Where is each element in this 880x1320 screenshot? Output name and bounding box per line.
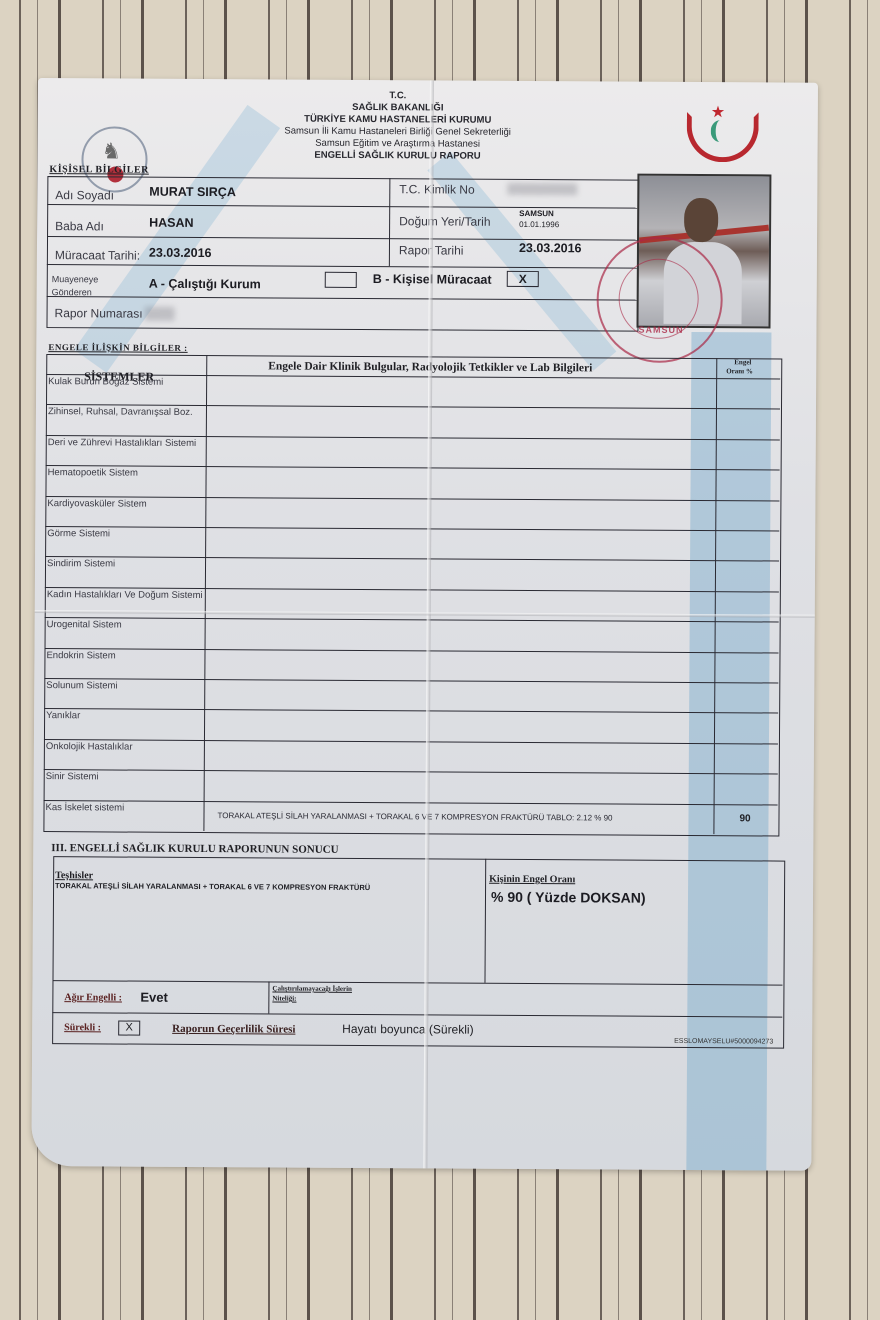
system-name: Zihinsel, Ruhsal, Davranışsal Boz.: [48, 406, 208, 419]
birth-date-value: 01.01.1996: [519, 220, 559, 229]
validity-period-value: Hayatı boyunca (Sürekli): [342, 1022, 473, 1037]
report-date-value: 23.03.2016: [519, 241, 582, 255]
person-figure-icon: [711, 120, 730, 142]
severe-disability-value: Evet: [140, 990, 168, 1005]
header-line: Samsun İli Kamu Hastaneleri Birliği Gene…: [268, 125, 528, 139]
system-name: Endokrin Sistem: [46, 650, 206, 663]
severe-disability-label: Ağır Engelli :: [64, 992, 122, 1003]
system-name: Kas İskelet sistemi: [46, 802, 206, 815]
system-name: Hematopoetik Sistem: [48, 467, 208, 480]
rate-column-header: Oranı %: [726, 367, 753, 375]
redacted-tc-id: [507, 183, 577, 195]
stamp-text: SAMSUN: [638, 325, 683, 335]
divider: [268, 981, 269, 1013]
system-name: Sindirim Sistemi: [47, 558, 207, 571]
document-title: ENGELLİ SAĞLIK KURULU RAPORU: [267, 149, 527, 163]
system-name: Solunum Sistemi: [46, 680, 206, 693]
official-stamp: SAMSUN: [596, 236, 723, 363]
ministry-of-health-logo-icon: ★: [682, 102, 752, 162]
system-name: Deri ve Zührevi Hastalıkları Sistemi: [48, 437, 208, 450]
birth-place-date-label: Doğum Yeri/Tarih: [399, 214, 490, 229]
system-name: Onkolojik Hastalıklar: [46, 741, 206, 754]
system-name: Urogenital Sistem: [47, 619, 207, 632]
system-name: Sinir Sistemi: [46, 771, 206, 784]
system-name: Görme Sistemi: [47, 528, 207, 541]
document-code: ESSLOMAYSELU#5000094273: [674, 1038, 773, 1046]
application-date-value: 23.03.2016: [149, 246, 212, 260]
system-name: Yanıklar: [46, 710, 206, 723]
system-name: Kadın Hastalıkları Ve Doğum Sistemi: [47, 589, 207, 602]
application-date-label: Müracaat Tarihi:: [55, 248, 140, 263]
option-b-checkbox[interactable]: X: [507, 271, 539, 287]
name-label: Adı Soyadı: [55, 188, 114, 202]
rate-cell: 90: [739, 813, 750, 824]
redacted-report-number: [145, 307, 175, 321]
father-name-value: HASAN: [149, 216, 194, 230]
personal-info-section-title: KİŞİSEL BİLGİLER: [49, 164, 149, 176]
system-name: Kulak Burun Boğaz Sistemi: [48, 376, 208, 389]
referrer-label: Gönderen: [52, 287, 92, 297]
option-a-checkbox[interactable]: [325, 272, 357, 288]
permanent-label: Sürekli :: [64, 1022, 101, 1033]
unworkable-jobs-label: Çalıştırılamayacağı İşlerin: [272, 984, 352, 992]
birth-place-value: SAMSUN: [519, 209, 554, 218]
result-section-title: III. ENGELLİ SAĞLIK KURULU RAPORUNUN SON…: [51, 842, 338, 856]
report-number-label: Rapor Numarası: [55, 306, 143, 321]
disability-rate-value: % 90 ( Yüzde DOKSAN): [491, 889, 646, 906]
document-header: T.C. SAĞLIK BAKANLIĞI TÜRKİYE KAMU HASTA…: [267, 89, 527, 163]
diagnosis-label: Teşhisler: [55, 870, 93, 881]
unworkable-jobs-label: Niteliği:: [272, 994, 296, 1002]
disability-rate-label: Kişinin Engel Oranı: [489, 874, 575, 886]
referrer-label: Muayeneye: [52, 274, 99, 284]
tc-id-label: T.C. Kimlik No: [399, 182, 474, 196]
disability-report-document: ♞ T.C. SAĞLIK BAKANLIĞI TÜRKİYE KAMU HAS…: [31, 78, 818, 1171]
disability-section-title: ENGELE İLİŞKİN BİLGİLER :: [48, 342, 187, 353]
permanent-checkbox[interactable]: X: [118, 1021, 140, 1036]
name-value: MURAT SIRÇA: [149, 185, 236, 200]
option-a-employer: A - Çalıştığı Kurum: [149, 277, 261, 292]
father-name-label: Baba Adı: [55, 219, 104, 233]
photo-person-head: [684, 198, 718, 242]
horse-statue-icon: ♞: [101, 138, 121, 164]
system-name: Kardiyovasküler Sistem: [47, 498, 207, 511]
rate-column-header: Engel: [734, 358, 751, 366]
diagnosis-value: TORAKAL ATEŞLİ SİLAH YARALANMASI + TORAK…: [55, 881, 370, 892]
validity-period-label: Raporun Geçerlilik Süresi: [172, 1023, 295, 1036]
